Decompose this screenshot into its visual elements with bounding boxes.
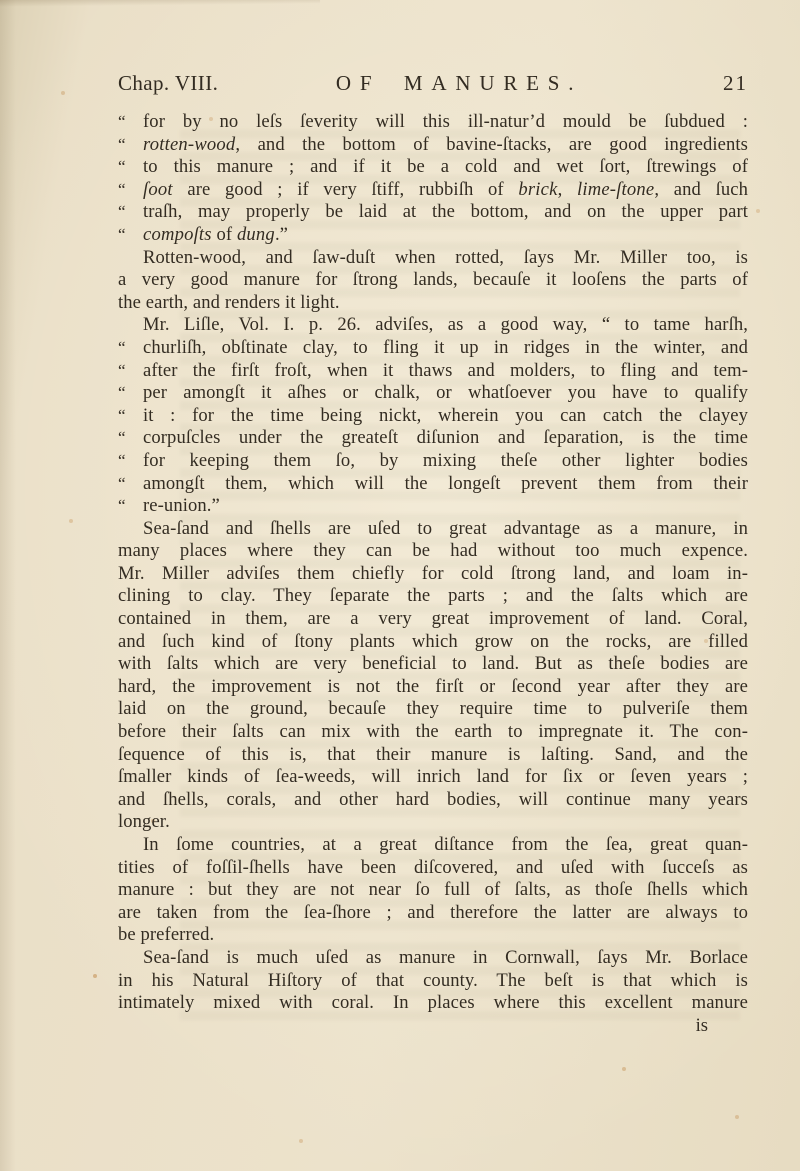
text-segment: In ſome countries, at a great diſtance f… (143, 834, 748, 855)
text-segment: and ſuch kind of ſtony plants which grow… (118, 631, 748, 652)
quotation-mark: “ (118, 111, 143, 134)
page-left-edge (0, 0, 16, 1171)
text-line: Rotten-wood, and ſaw-duſt when rotted, ſ… (118, 247, 748, 270)
text-segment: it : for the time being nickt, wherein y… (143, 405, 748, 426)
text-segment: .” (275, 224, 288, 245)
text-segment: manure : but they are not near ſo full o… (118, 879, 748, 900)
text-line: “per amongſt it aſhes or chalk, or whatſ… (118, 382, 748, 405)
text-segment: , and the bottom of bavine-ſtacks, are g… (235, 134, 748, 155)
text-line: “amongſt them, which will the longeſt pr… (118, 473, 748, 496)
text-line: clining to clay. They ſeparate the parts… (118, 585, 748, 608)
text-segment: after the firſt froſt, when it thaws and… (143, 360, 748, 381)
text-line: “corpuſcles under the greateſt diſunion … (118, 427, 748, 450)
text-segment: ſequence of this is, that their manure i… (118, 744, 748, 765)
text-segment: hard, the improvement is not the firſt o… (118, 676, 748, 697)
text-block: “for by no leſs ſeverity will this ill-n… (118, 111, 748, 1015)
text-line: “rotten-wood, and the bottom of bavine-ſ… (118, 134, 748, 157)
text-line: tities of foſſil-ſhells have been diſcov… (118, 857, 748, 880)
text-segment: churliſh, obſtinate clay, to fling it up… (143, 337, 748, 358)
book-page: Chap. VIII. OF MANURES. 21 “for by no le… (0, 0, 800, 1171)
chapter-label: Chap. VIII. (118, 71, 218, 95)
text-segment: with ſalts which are very beneficial to … (118, 653, 748, 674)
quotation-mark: “ (118, 201, 143, 224)
text-line: in his Natural Hiſtory of that county. T… (118, 970, 748, 993)
italic-text-segment: dung (237, 224, 275, 245)
text-line: Sea-ſand and ſhells are uſed to great ad… (118, 518, 748, 541)
page-number: 21 (700, 71, 748, 95)
text-segment: before their ſalts can mix with the eart… (118, 721, 748, 742)
quotation-mark: “ (118, 473, 143, 496)
text-line: ſmaller kinds of ſea-weeds, will inrich … (118, 766, 748, 789)
text-line: “to this manure ; and if it be a cold an… (118, 156, 748, 179)
text-line: hard, the improvement is not the firſt o… (118, 676, 748, 699)
text-segment: the earth, and renders it light. (118, 292, 340, 313)
quotation-mark: “ (118, 179, 143, 202)
text-segment: contained in them, are a very great impr… (118, 608, 748, 629)
text-segment: and ſhells, corals, and other hard bodie… (118, 789, 748, 810)
foxing-speckles (0, 0, 2, 2)
text-line: be preferred. (118, 924, 748, 947)
running-header: Chap. VIII. OF MANURES. 21 (118, 71, 748, 95)
text-line: “re-union.” (118, 495, 748, 518)
text-line: Sea-ſand is much uſed as manure in Cornw… (118, 947, 748, 970)
page-title: OF MANURES. (218, 71, 700, 95)
text-segment: re-union.” (143, 495, 220, 516)
italic-text-segment: rotten-wood (143, 134, 235, 155)
text-segment: clining to clay. They ſeparate the parts… (118, 585, 748, 606)
text-segment: Sea-ſand is much uſed as manure in Cornw… (143, 947, 748, 968)
text-line: “compoſts of dung.” (118, 224, 748, 247)
quotation-mark: “ (118, 427, 143, 450)
text-segment: ſmaller kinds of ſea-weeds, will inrich … (118, 766, 748, 787)
text-line: and ſhells, corals, and other hard bodie… (118, 789, 748, 812)
italic-text-segment: ſoot (143, 179, 173, 200)
text-line: a very good manure for ſtrong lands, bec… (118, 269, 748, 292)
text-line: longer. (118, 811, 748, 834)
text-line: ſequence of this is, that their manure i… (118, 744, 748, 767)
text-segment: , and ſuch (654, 179, 748, 200)
text-segment: , (558, 179, 577, 200)
text-segment: laid on the ground, becauſe they require… (118, 698, 748, 719)
italic-text-segment: compoſts (143, 224, 212, 245)
italic-text-segment: brick (518, 179, 557, 200)
quotation-mark: “ (118, 360, 143, 383)
quotation-mark: “ (118, 495, 143, 518)
text-line: “it : for the time being nickt, wherein … (118, 405, 748, 428)
page-top-edge (0, 0, 320, 7)
text-line: “traſh, may properly be laid at the bott… (118, 201, 748, 224)
quotation-mark: “ (118, 134, 143, 157)
text-segment: be preferred. (118, 924, 214, 945)
text-segment: tities of foſſil-ſhells have been diſcov… (118, 857, 748, 878)
quotation-mark: “ (118, 450, 143, 473)
text-line: contained in them, are a very great impr… (118, 608, 748, 631)
text-line: Mr. Miller adviſes them chiefly for cold… (118, 563, 748, 586)
text-segment: of (212, 224, 237, 245)
text-line: In ſome countries, at a great diſtance f… (118, 834, 748, 857)
text-line: “for by no leſs ſeverity will this ill-n… (118, 111, 748, 134)
quotation-mark: “ (118, 156, 143, 179)
quotation-mark: “ (118, 405, 143, 428)
quotation-mark: “ (118, 337, 143, 360)
text-line: “churliſh, obſtinate clay, to fling it u… (118, 337, 748, 360)
text-segment: amongſt them, which will the longeſt pre… (143, 473, 748, 494)
text-segment: for keeping them ſo, by mixing theſe oth… (143, 450, 748, 471)
text-segment: are good ; if very ſtiff, rubbiſh of (173, 179, 519, 200)
text-segment: a very good manure for ſtrong lands, bec… (118, 269, 748, 290)
text-segment: traſh, may properly be laid at the botto… (143, 201, 748, 222)
text-line: and ſuch kind of ſtony plants which grow… (118, 631, 748, 654)
text-line: many places where they can be had withou… (118, 540, 748, 563)
quotation-mark: “ (118, 224, 143, 247)
text-segment: intimately mixed with coral. In places w… (118, 992, 748, 1013)
text-segment: Mr. Miller adviſes them chiefly for cold… (118, 563, 748, 584)
text-line: laid on the ground, becauſe they require… (118, 698, 748, 721)
text-line: are taken from the ſea-ſhore ; and there… (118, 902, 748, 925)
text-segment: Rotten-wood, and ſaw-duſt when rotted, ſ… (143, 247, 748, 268)
catchword: is (118, 1015, 748, 1038)
text-line: “for keeping them ſo, by mixing theſe ot… (118, 450, 748, 473)
text-segment: longer. (118, 811, 170, 832)
text-line: manure : but they are not near ſo full o… (118, 879, 748, 902)
text-segment: per amongſt it aſhes or chalk, or whatſo… (143, 382, 748, 403)
text-line: with ſalts which are very beneficial to … (118, 653, 748, 676)
text-segment: Mr. Liſle, Vol. I. p. 26. adviſes, as a … (143, 314, 748, 335)
text-segment: are taken from the ſea-ſhore ; and there… (118, 902, 748, 923)
text-segment: for by no leſs ſeverity will this ill-na… (143, 111, 748, 132)
text-segment: in his Natural Hiſtory of that county. T… (118, 970, 748, 991)
text-line: Mr. Liſle, Vol. I. p. 26. adviſes, as a … (118, 314, 748, 337)
quotation-mark: “ (118, 382, 143, 405)
text-segment: many places where they can be had withou… (118, 540, 748, 561)
text-line: “after the firſt froſt, when it thaws an… (118, 360, 748, 383)
text-segment: to this manure ; and if it be a cold and… (143, 156, 748, 177)
text-line: “ſoot are good ; if very ſtiff, rubbiſh … (118, 179, 748, 202)
text-segment: corpuſcles under the greateſt diſunion a… (143, 427, 748, 448)
italic-text-segment: lime-ſtone (577, 179, 654, 200)
text-line: the earth, and renders it light. (118, 292, 748, 315)
text-segment: Sea-ſand and ſhells are uſed to great ad… (143, 518, 748, 539)
text-line: intimately mixed with coral. In places w… (118, 992, 748, 1015)
text-line: before their ſalts can mix with the eart… (118, 721, 748, 744)
